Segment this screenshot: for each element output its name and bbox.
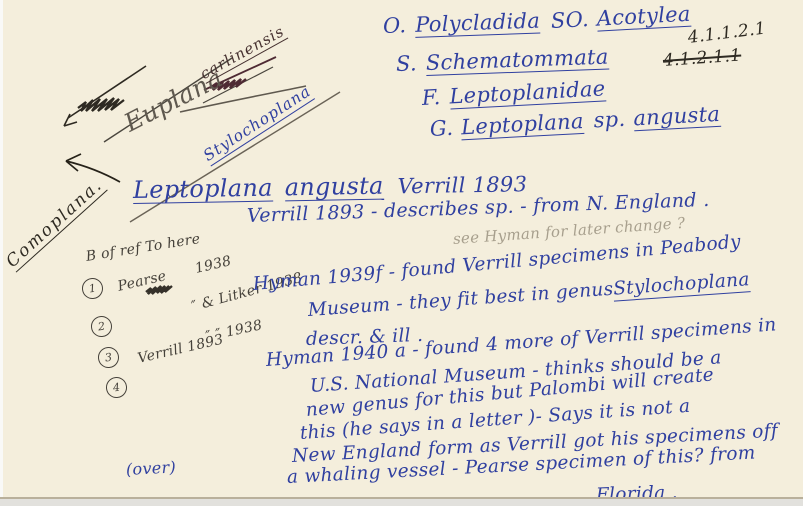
suborder-prefix: SO. [550,9,589,32]
order-prefix: O. [383,15,407,37]
reference-item-4: Verrill 1893 [136,332,225,365]
reference-number-1: 1 [81,277,105,301]
heading-genus: Leptoplana [133,176,273,204]
reference-number-4: 4 [105,376,129,400]
hyman-1939-genus-stylochoplana: Stylochoplana [613,271,751,301]
scan-edge-left [0,0,3,506]
reference-number-2: 2 [90,315,114,339]
family-line: F.Leptoplanidae [421,78,606,111]
catalog-code-current: 4.1.1.2.1 [687,21,767,47]
annotation-stylochoplana: Stylochoplana [201,84,315,166]
suborder-name: Acotylea [596,4,691,32]
genus-name: Leptoplana [461,111,585,140]
suborder-line: SO.Acotylea [550,4,691,34]
reference-1-author: Pearse [116,269,167,294]
species-name: angusta [633,104,721,132]
genus-prefix: G. [429,118,453,140]
order-line: O.Polycladida [383,11,541,39]
family-name: Leptoplanidae [449,78,606,109]
species-abbrev: sp. [593,109,626,132]
heading-author-year: Verrill 1893 [397,174,527,197]
heading-species: angusta [284,174,383,202]
section-line: S.Schematommata [396,47,609,77]
reference-1-scribble-gap [167,273,196,280]
over-note: (over) [126,459,177,478]
hyman-1939-line-2-text: Museum - they fit best in genus [307,281,614,321]
reference-item-1: Pearse1938 [116,254,232,294]
section-name: Schematommata [426,47,610,76]
index-card: O.Polycladida SO.Acotylea 4.1.1.2.1 4.1.… [0,0,803,506]
left-arrow-head [66,154,81,171]
genus-line: G.Leptoplanasp.angusta [429,104,720,142]
annotation-carlinensis: carlinensis [198,24,288,84]
order-name: Polycladida [415,11,541,38]
reference-number-3: 3 [97,346,121,370]
scribble-tick-mark [64,114,77,126]
scan-edge-bottom [0,497,803,506]
scribbled-out-word [78,98,124,111]
reference-caption: B of ref To here [85,232,201,264]
reference-1-year: 1938 [194,254,233,276]
section-prefix: S. [396,53,418,75]
family-prefix: F. [421,87,441,109]
catalog-code-crossed-out: 4.1.2.1.1 [662,48,741,70]
